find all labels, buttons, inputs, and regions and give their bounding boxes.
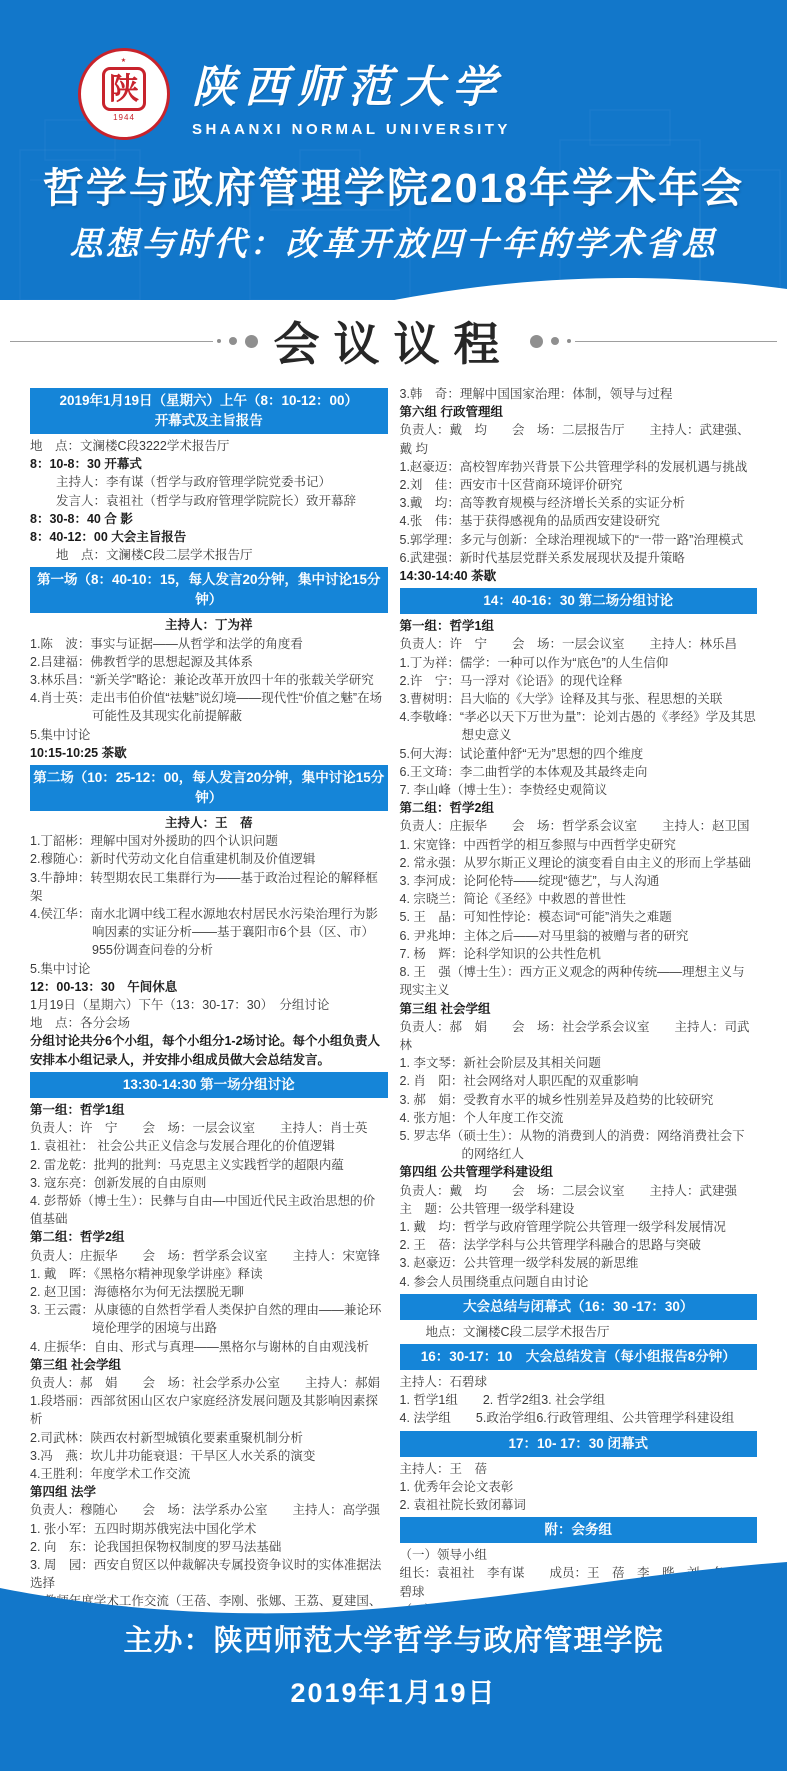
agenda-line: 1. 戴 均：哲学与政府管理学院公共管理一级学科发展情况 — [400, 1218, 758, 1236]
agenda-line: 8：40-12：00 大会主旨报告 — [30, 528, 388, 546]
session-banner: 13:30-14:30 第一场分组讨论 — [30, 1072, 388, 1098]
agenda-line: 4. 庄振华：自由、形式与真理——黑格尔与谢林的自由观浅析 — [30, 1338, 388, 1356]
agenda-line: 14:30-14:40 茶歇 — [400, 567, 758, 585]
agenda-line: 2. 雷龙乾：批判的批判：马克思主义实践哲学的超限内蕴 — [30, 1156, 388, 1174]
event-date: 2019年1月19日 — [0, 1671, 787, 1710]
agenda-line: 5.何大海：试论董仲舒“无为”思想的四个维度 — [400, 745, 758, 763]
agenda-line: 地 点：文澜楼C段3222学术报告厅 — [30, 437, 388, 455]
session-banner-line: 16：30-17：10 大会总结发言（每小组报告8分钟） — [402, 1347, 756, 1367]
session-banner-line: 14：40-16：30 第二场分组讨论 — [402, 591, 756, 611]
agenda-line: 负责人：许 宁 会 场：一层会议室 主持人：林乐昌 — [400, 635, 758, 653]
agenda-line: 2. 袁祖社院长致闭幕词 — [400, 1496, 758, 1514]
dot-decoration — [551, 337, 559, 345]
session-banner-line: 2019年1月19日（星期六）上午（8：10-12：00） — [32, 391, 386, 411]
agenda-line: 1.陈 波：事实与证据——从哲学和法学的角度看 — [30, 635, 388, 653]
dot-decoration — [567, 339, 571, 343]
agenda-line: 1. 戴 晖：《黑格尔精神现象学讲座》释读 — [30, 1265, 388, 1283]
agenda-line: 3.冯 燕：坎儿井功能衰退：干旱区人水关系的演变 — [30, 1447, 388, 1465]
seal-year: 1944 — [113, 113, 135, 122]
agenda-line: 2. 王 蓓：法学学科与公共管理学科融合的思路与突破 — [400, 1236, 758, 1254]
agenda-line: 主持人：王 蓓 — [30, 814, 388, 832]
agenda-line: 12：00-13：30 午间休息 — [30, 978, 388, 996]
agenda-line: 第一组：哲学1组 — [30, 1101, 388, 1119]
session-banner: 第二场（10：25-12：00，每人发言20分钟，集中讨论15分钟） — [30, 765, 388, 811]
agenda-line: 2. 肖 阳：社会网络对人职匹配的双重影响 — [400, 1072, 758, 1090]
agenda-line: 10:15-10:25 茶歇 — [30, 744, 388, 762]
session-banner: 14：40-16：30 第二场分组讨论 — [400, 588, 758, 614]
agenda-line: 地 点：文澜楼C段二层学术报告厅 — [30, 546, 388, 564]
session-banner: 17：10- 17：30 闭幕式 — [400, 1431, 758, 1457]
agenda-line: 7. 李山峰（博士生）：李贽经史观简议 — [400, 781, 758, 799]
agenda-line: 3. 郝 娟：受教育水平的城乡性别差异及趋势的比较研究 — [400, 1091, 758, 1109]
agenda-line: 主持人：李有谋（哲学与政府管理学院党委书记） — [30, 473, 388, 491]
agenda-line: 3.牛静坤：转型期农民工集群行为——基于政治过程论的解释框架 — [30, 869, 388, 905]
session-banner: 16：30-17：10 大会总结发言（每小组报告8分钟） — [400, 1344, 758, 1370]
footer: 主办：陕西师范大学哲学与政府管理学院 2019年1月19日 — [0, 1618, 787, 1710]
agenda-line: 1. 李文琴：新社会阶层及其相关问题 — [400, 1054, 758, 1072]
agenda-line: 主持人：丁为祥 — [30, 616, 388, 634]
agenda-line: 负责人：庄振华 会 场：哲学系会议室 主持人：赵卫国 — [400, 817, 758, 835]
agenda-line: 8. 王 强（博士生）：西方正义观念的两种传统——理想主义与现实主义 — [400, 963, 758, 999]
agenda-line: 4. 彭帮娇（博士生）：民彝与自由—中国近代民主政治思想的价值基础 — [30, 1192, 388, 1228]
session-banner: 大会总结与闭幕式（16：30 -17：30） — [400, 1294, 758, 1320]
agenda-line: 2.穆随心：新时代劳动文化自信重建机制及价值逻辑 — [30, 850, 388, 868]
seal-ring-text: ★ — [81, 57, 167, 64]
agenda-line: 1.丁韶彬：理解中国对外援助的四个认识问题 — [30, 832, 388, 850]
agenda-line: 1.赵豪迈：高校智库勃兴背景下公共管理学科的发展机遇与挑战 — [400, 458, 758, 476]
agenda-line: 1.段塔丽：西部贫困山区农户家庭经济发展问题及其影响因素探析 — [30, 1392, 388, 1428]
agenda-line: 2.许 宁：马一浮对《论语》的现代诠释 — [400, 672, 758, 690]
agenda-line: 5.集中讨论 — [30, 960, 388, 978]
agenda-line: 负责人：戴 均 会 场：二层报告厅 主持人：武建强、戴 均 — [400, 421, 758, 457]
agenda-line: 5.集中讨论 — [30, 726, 388, 744]
session-banner: 2019年1月19日（星期六）上午（8：10-12：00）开幕式及主旨报告 — [30, 388, 388, 434]
agenda-line: 3. 李河成：论阿伦特——绽现“德艺”，与人沟通 — [400, 872, 758, 890]
agenda-title-strip: 会议议程 — [0, 308, 787, 374]
agenda-line: 第一组：哲学1组 — [400, 617, 758, 635]
agenda-line: 1. 宋宽锋：中西哲学的相互参照与中西哲学史研究 — [400, 836, 758, 854]
agenda-line: 第三组 社会学组 — [30, 1356, 388, 1374]
agenda-line: 3.曹树明：吕大临的《大学》诠释及其与张、程思想的关联 — [400, 690, 758, 708]
agenda-line: 2.吕建福：佛教哲学的思想起源及其体系 — [30, 653, 388, 671]
agenda-line: 负责人：戴 均 会 场：二层会议室 主持人：武建强 — [400, 1182, 758, 1200]
agenda-line: 5.郭学理：多元与创新：全球治理视域下的“一带一路”治理模式 — [400, 531, 758, 549]
agenda-line: 3.戴 均：高等教育规模与经济增长关系的实证分析 — [400, 494, 758, 512]
agenda-line: 5. 王 晶：可知性悖论：模态词“可能”消失之难题 — [400, 908, 758, 926]
university-name-english: SHAANXI NORMAL UNIVERSITY — [192, 121, 511, 138]
agenda-line: 4. 宗晓兰：简论《圣经》中救恩的普世性 — [400, 890, 758, 908]
agenda-line: 8：30-8：40 合 影 — [30, 510, 388, 528]
right-decoration-line — [575, 341, 778, 342]
agenda-line: 4.侯江华：南水北调中线工程水源地农村居民水污染治理行为影响因素的实证分析——基… — [30, 905, 388, 960]
agenda-line: 发言人：袁祖社（哲学与政府管理学院院长）致开幕辞 — [30, 492, 388, 510]
agenda-line: 第四组 法学 — [30, 1483, 388, 1501]
agenda-line: 4.肖士英：走出韦伯价值“祛魅”说幻境——现代性“价值之魅”在场可能性及其现实化… — [30, 689, 388, 725]
agenda-line: 3.韩 奇：理解中国国家治理：体制，领导与过程 — [400, 385, 758, 403]
host-organization: 主办：陕西师范大学哲学与政府管理学院 — [0, 1618, 787, 1659]
agenda-line: 1. 哲学1组 2. 哲学2组3. 社会学组 — [400, 1391, 758, 1409]
agenda-line: 负责人：庄振华 会 场：哲学系会议室 主持人：宋宽锋 — [30, 1247, 388, 1265]
agenda-line: 第六组 行政管理组 — [400, 403, 758, 421]
agenda-line: 地点：文澜楼C段二层学术报告厅 — [400, 1323, 758, 1341]
session-banner-line: 13:30-14:30 第一场分组讨论 — [32, 1075, 386, 1095]
agenda-line: 负责人：穆随心 会 场：法学系办公室 主持人：高学强 — [30, 1501, 388, 1519]
session-banner-line: 17：10- 17：30 闭幕式 — [402, 1434, 756, 1454]
agenda-line: 6. 尹兆坤：主体之后——对马里翁的被赠与者的研究 — [400, 927, 758, 945]
dot-decoration — [530, 335, 543, 348]
agenda-line: 7. 杨 辉：论科学知识的公共性危机 — [400, 945, 758, 963]
agenda-line: 第二组：哲学2组 — [400, 799, 758, 817]
agenda-line: 4.王胜利：年度学术工作交流 — [30, 1465, 388, 1483]
agenda-line: 负责人：许 宁 会 场：一层会议室 主持人：肖士英 — [30, 1119, 388, 1137]
agenda-line: 6.武建强：新时代基层党群关系发展现状及提升策略 — [400, 549, 758, 567]
agenda-line: 主持人：石碧球 — [400, 1373, 758, 1391]
agenda-line: 5. 罗志华（硕士生）：从物的消费到人的消费：网络消费社会下的网络红人 — [400, 1127, 758, 1163]
agenda-line: 4.张 伟：基于获得感视角的品质西安建设研究 — [400, 512, 758, 530]
university-name-chinese: 陕西师范大学 — [192, 51, 511, 115]
agenda-line: 1月19日（星期六）下午（13：30-17：30） 分组讨论 — [30, 996, 388, 1014]
conference-agenda-poster: ★ 陕 1944 陕西师范大学 SHAANXI NORMAL UNIVERSIT… — [0, 0, 787, 1771]
agenda-line: 地 点：各分会场 — [30, 1014, 388, 1032]
agenda-line: 6.王文琦：李二曲哲学的本体观及其最终走向 — [400, 763, 758, 781]
agenda-line: 1. 袁祖社： 社会公共正义信念与发展合理化的价值逻辑 — [30, 1137, 388, 1155]
dot-decoration — [217, 339, 221, 343]
agenda-line: 第四组 公共管理学科建设组 — [400, 1163, 758, 1181]
agenda-line: 2. 常永强：从罗尔斯正义理论的演变看自由主义的形而上学基础 — [400, 854, 758, 872]
agenda-line: 第三组 社会学组 — [400, 1000, 758, 1018]
session-banner-line: 第一场（8：40-10：15，每人发言20分钟，集中讨论15分钟） — [32, 570, 386, 610]
agenda-line: 3. 寇东亮：创新发展的自由原则 — [30, 1174, 388, 1192]
agenda-line: 主持人：王 蓓 — [400, 1460, 758, 1478]
session-banner-line: 开幕式及主旨报告 — [32, 411, 386, 431]
agenda-line: 1. 优秀年会论文表彰 — [400, 1478, 758, 1496]
agenda-line: 2. 赵卫国：海德格尔为何无法摆脱无聊 — [30, 1283, 388, 1301]
agenda-line: 负责人：郝 娟 会 场：社会学系办公室 主持人：郝娟 — [30, 1374, 388, 1392]
agenda-line: 4.李敬峰：“孝必以天下万世为量”：论刘古愚的《孝经》学及其思想史意义 — [400, 708, 758, 744]
agenda-line: 1. 张小军：五四时期苏俄宪法中国化学术 — [30, 1520, 388, 1538]
agenda-line: 1.丁为祥：儒学：一种可以作为“底色”的人生信仰 — [400, 654, 758, 672]
agenda-line: 主 题：公共管理一级学科建设 — [400, 1200, 758, 1218]
agenda-line: 第二组：哲学2组 — [30, 1228, 388, 1246]
session-banner-line: 大会总结与闭幕式（16：30 -17：30） — [402, 1297, 756, 1317]
agenda-line: 3. 赵豪迈：公共管理一级学科发展的新思维 — [400, 1254, 758, 1272]
agenda-line: 3.林乐昌：“新关学”略论：兼论改革开放四十年的张载关学研究 — [30, 671, 388, 689]
university-logo-row: ★ 陕 1944 陕西师范大学 SHAANXI NORMAL UNIVERSIT… — [78, 48, 511, 140]
session-banner-line: 第二场（10：25-12：00，每人发言20分钟，集中讨论15分钟） — [32, 768, 386, 808]
left-decoration-line — [10, 341, 213, 342]
agenda-line: 分组讨论共分6个小组，每个小组分1-2场讨论。每个小组负责人安排本小组记录人，并… — [30, 1032, 388, 1068]
university-seal-logo: ★ 陕 1944 — [78, 48, 170, 140]
agenda-line: 负责人：郝 娟 会 场：社会学系会议室 主持人：司武林 — [400, 1018, 758, 1054]
agenda-line: 4. 参会人员围绕重点问题自由讨论 — [400, 1273, 758, 1291]
agenda-line: 8：10-8：30 开幕式 — [30, 455, 388, 473]
agenda-line: 4. 法学组 5.政治学组6.行政管理组、公共管理学科建设组 — [400, 1409, 758, 1427]
dot-decoration — [229, 337, 237, 345]
session-banner-line: 附：会务组 — [402, 1520, 756, 1540]
agenda-line: 4. 张方旭：个人年度工作交流 — [400, 1109, 758, 1127]
conference-title: 哲学与政府管理学院2018年学术年会 — [0, 155, 787, 214]
seal-character: 陕 — [102, 67, 146, 111]
agenda-line: 2.刘 佳：西安市十区营商环境评价研究 — [400, 476, 758, 494]
dot-decoration — [245, 335, 258, 348]
footer-wave-divider — [0, 1540, 787, 1630]
agenda-line: 3. 王云霞：从康德的自然哲学看人类保护自然的理由——兼论环境伦理学的困境与出路 — [30, 1301, 388, 1337]
session-banner: 第一场（8：40-10：15，每人发言20分钟，集中讨论15分钟） — [30, 567, 388, 613]
agenda-line: 2.司武林：陕西农村新型城镇化要素重聚机制分析 — [30, 1429, 388, 1447]
agenda-title: 会议议程 — [274, 308, 514, 374]
university-names: 陕西师范大学 SHAANXI NORMAL UNIVERSITY — [192, 51, 511, 138]
